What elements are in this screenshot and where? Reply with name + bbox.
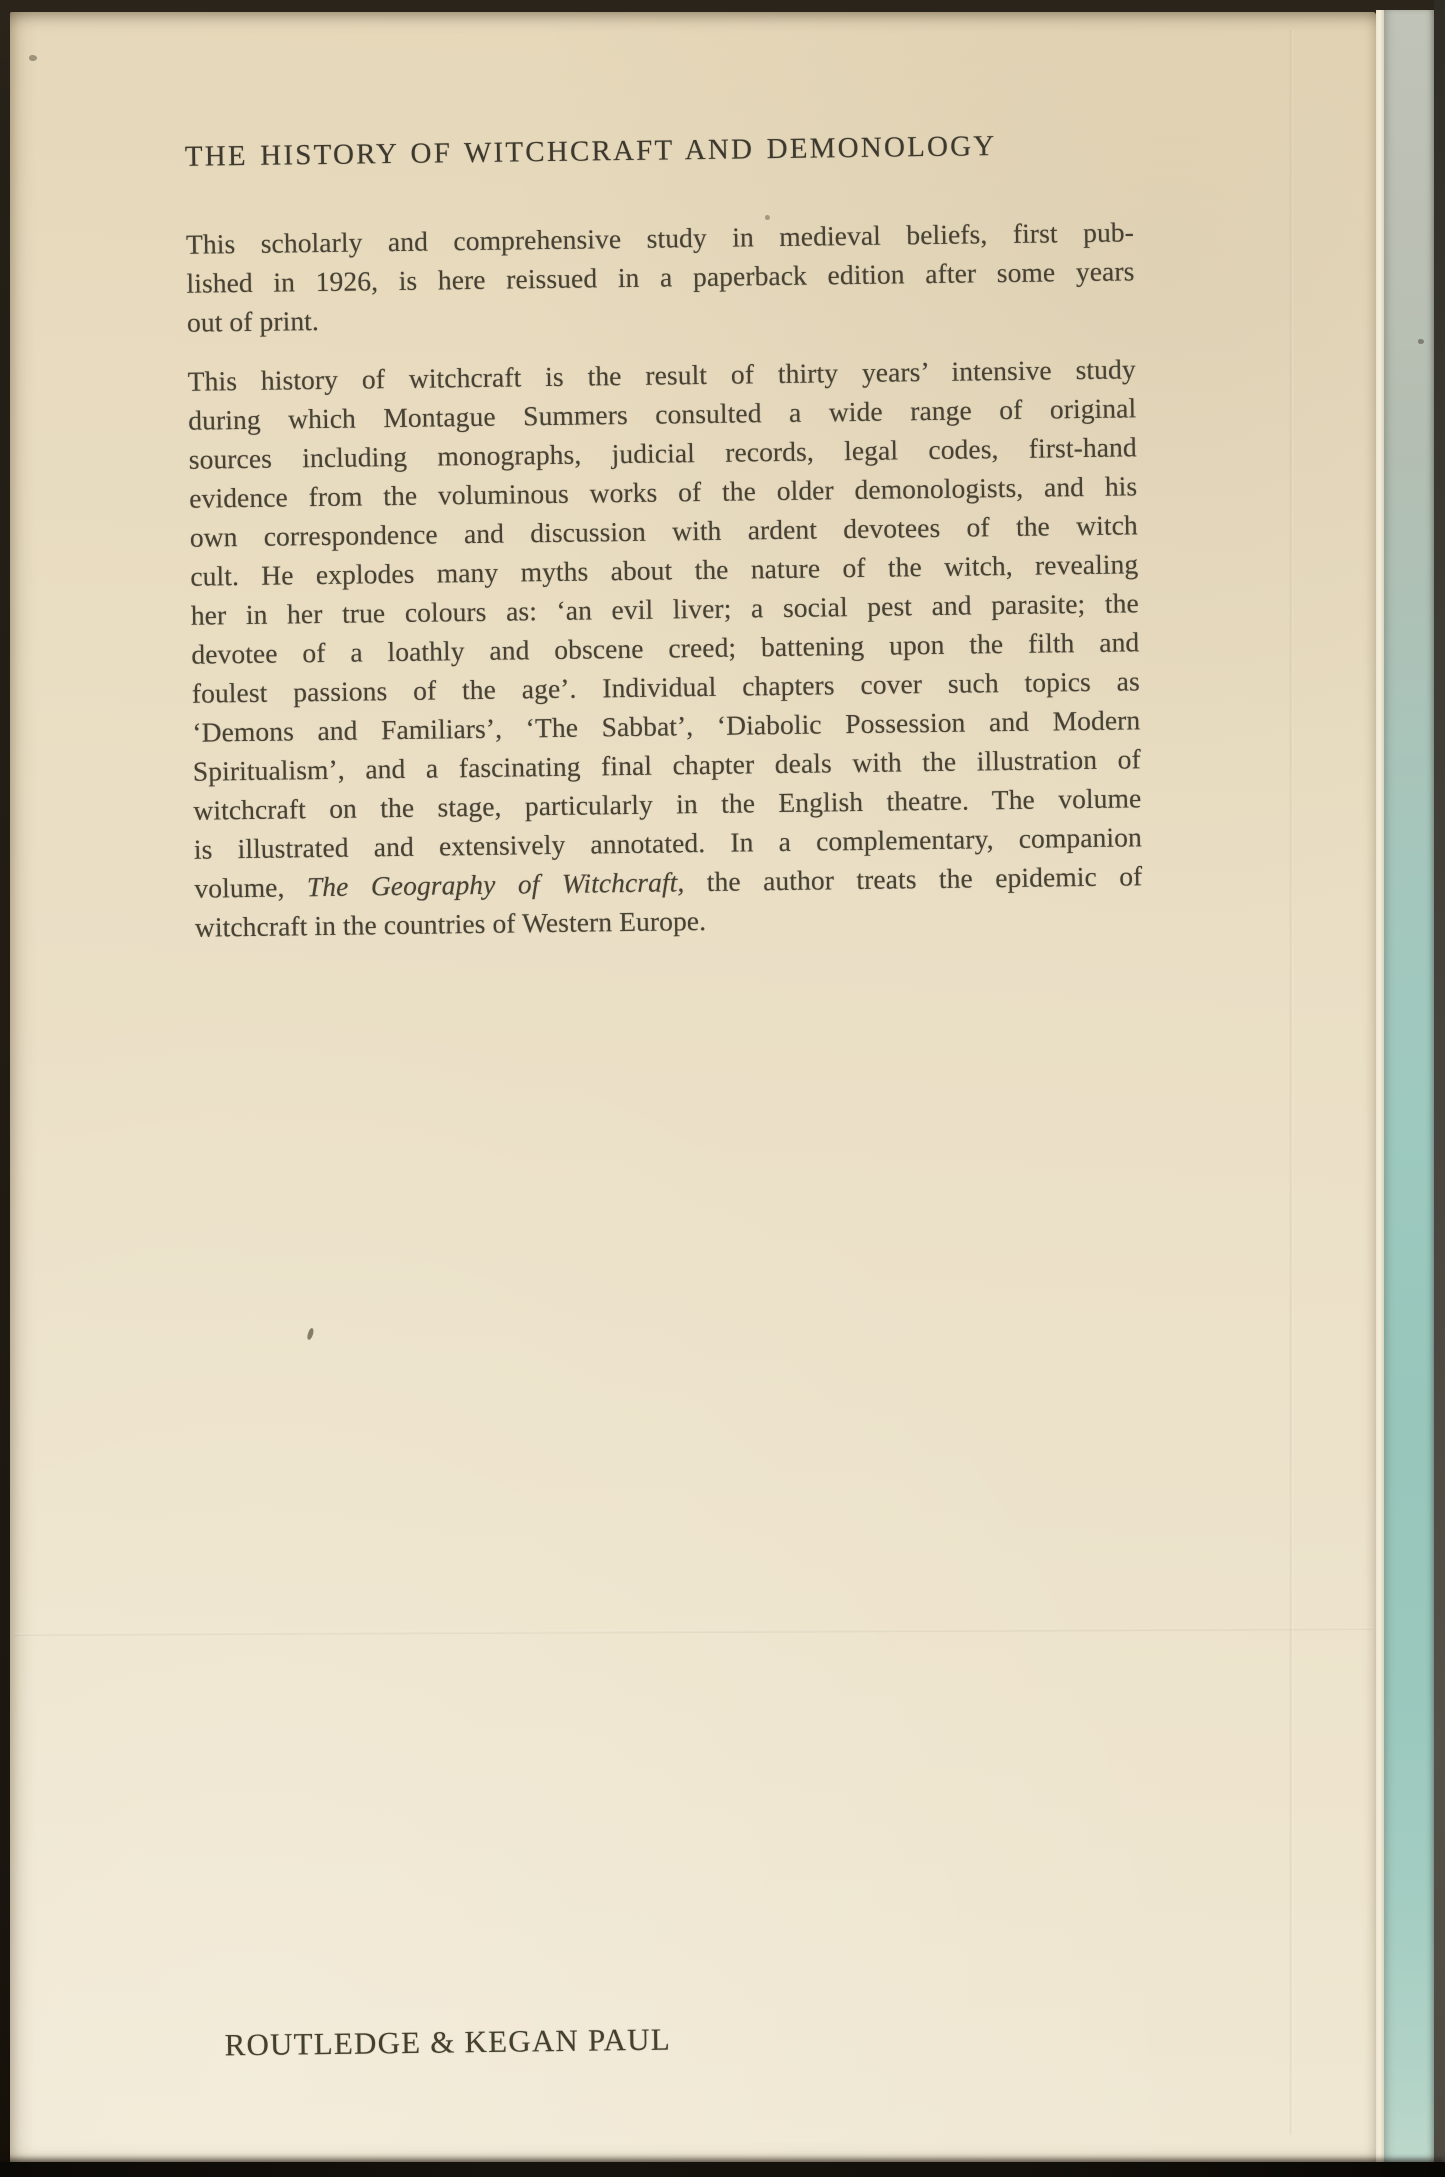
publisher-imprint: ROUTLEDGE & KEGAN PAUL	[224, 2022, 671, 2064]
text-segment: witchcraft in the countries of Western E…	[195, 905, 707, 943]
text-segment: volume,	[194, 871, 307, 903]
text-segment: the author treats the epidemic of	[684, 860, 1142, 897]
book-title: THE HISTORY OF WITCHCRAFT AND DEMONOLOGY	[185, 129, 997, 174]
text-segment: out of print.	[187, 305, 319, 338]
cover-printed-text: THE HISTORY OF WITCHCRAFT AND DEMONOLOGY…	[0, 0, 1445, 2177]
blurb-paragraph-2: This history of witchcraft is the result…	[188, 349, 1144, 946]
photo-backdrop-bottom-edge	[0, 2162, 1445, 2177]
blurb-paragraph-1: This scholarly and comprehensive study i…	[186, 212, 1135, 341]
book-photo: THE HISTORY OF WITCHCRAFT AND DEMONOLOGY…	[0, 0, 1445, 2177]
italic-book-reference: The Geography of Witchcraft,	[307, 866, 685, 902]
